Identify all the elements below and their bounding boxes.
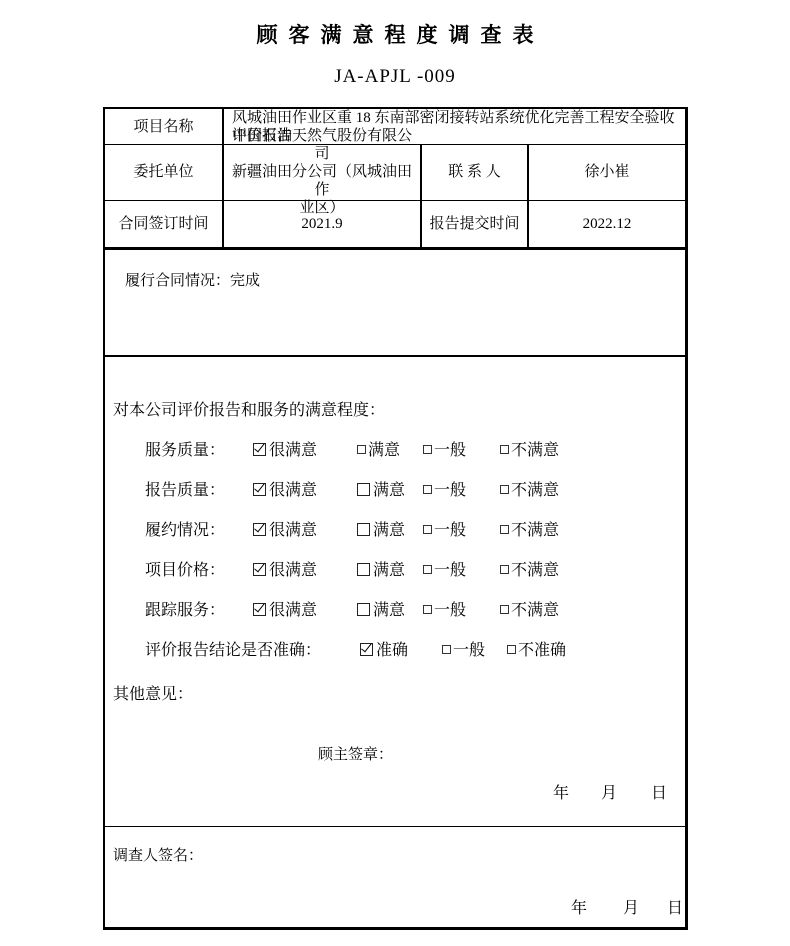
satisfaction-row-label: 履约情况： [145,521,225,541]
document-code: JA-APJL -009 [0,66,790,88]
report-date-value: 2022.12 [527,201,685,247]
check-icon [254,560,265,572]
satisfaction-option: 不满意 [500,481,559,501]
checkbox-icon[interactable] [357,483,370,496]
option-label: 很满意 [269,442,317,459]
option-label: 很满意 [269,522,317,539]
satisfaction-option: 一般 [423,481,466,501]
checkbox-icon[interactable] [500,565,509,574]
satisfaction-option: 不满意 [500,441,559,461]
checkbox-icon[interactable] [507,645,516,654]
checkbox-icon[interactable] [423,485,432,494]
checkbox-checked-icon[interactable] [253,563,266,576]
checkbox-icon[interactable] [423,525,432,534]
satisfaction-row-label: 服务质量： [145,441,225,461]
check-icon [254,480,265,492]
info-table: 项目名称 风城油田作业区重 18 东南部密闭接转站系统优化完善工程安全验收评价报… [103,107,688,930]
option-label: 一般 [434,482,466,499]
day-label: 日 [651,780,667,803]
checkbox-icon[interactable] [500,445,509,454]
option-label: 不满意 [511,522,559,539]
satisfaction-heading: 对本公司评价报告和服务的满意程度： [113,397,385,420]
surveyor-section: 调查人签名： 年 月 日 [105,827,685,927]
check-icon [254,600,265,612]
satisfaction-option: 不满意 [500,601,559,621]
client-value-line: 新疆油田分公司（风城油田作 [228,163,416,199]
satisfaction-row: 项目价格： 很满意满意一般不满意 [105,561,685,581]
satisfaction-option: 很满意 [253,441,317,461]
checkbox-icon[interactable] [357,523,370,536]
client-label: 委托单位 [105,145,222,200]
option-label: 满意 [373,562,405,579]
satisfaction-option: 一般 [423,441,466,461]
contract-date-label: 合同签订时间 [105,201,222,247]
checkbox-checked-icon[interactable] [253,443,266,456]
contract-performance-text: 履行合同情况：完成 [105,250,685,355]
contact-label: 联 系 人 [420,145,527,200]
checkbox-icon[interactable] [423,445,432,454]
satisfaction-option: 满意 [357,521,405,541]
year-label: 年 [571,895,587,918]
satisfaction-row: 跟踪服务： 很满意满意一般不满意 [105,601,685,621]
option-label: 满意 [373,602,405,619]
other-opinions-label: 其他意见： [113,681,193,704]
checkbox-icon[interactable] [357,563,370,576]
option-label: 很满意 [269,602,317,619]
satisfaction-option: 一般 [442,641,485,661]
satisfaction-option: 一般 [423,521,466,541]
check-icon [254,440,265,452]
satisfaction-option: 准确 [360,641,408,661]
satisfaction-row: 报告质量： 很满意满意一般不满意 [105,481,685,501]
satisfaction-option: 很满意 [253,521,317,541]
table-row-dates: 合同签订时间 2021.9 报告提交时间 2022.12 [105,201,685,250]
satisfaction-option: 一般 [423,561,466,581]
checkbox-icon[interactable] [500,525,509,534]
satisfaction-section: 对本公司评价报告和服务的满意程度： 服务质量： 很满意满意一般不满意 报告质量：… [105,357,685,827]
checkbox-checked-icon[interactable] [253,483,266,496]
surveyor-date-line: 年 月 日 [105,895,685,915]
satisfaction-option: 满意 [357,441,400,461]
option-label: 一般 [453,642,485,659]
page-title: 顾客满意程度调查表 [0,19,790,49]
checkbox-icon[interactable] [357,445,366,454]
checkbox-icon[interactable] [442,645,451,654]
report-date-label: 报告提交时间 [420,201,527,247]
checkbox-icon[interactable] [423,605,432,614]
customer-date-line: 年 月 日 [105,780,685,800]
month-label: 月 [623,895,639,918]
checkbox-icon[interactable] [500,605,509,614]
satisfaction-row: 履约情况： 很满意满意一般不满意 [105,521,685,541]
satisfaction-option: 满意 [357,601,405,621]
satisfaction-row: 评价报告结论是否准确： 准确一般不准确 [105,641,685,661]
satisfaction-option: 满意 [357,561,405,581]
checkbox-icon[interactable] [357,603,370,616]
check-icon [361,640,372,652]
table-row-client: 委托单位 中国石油天然气股份有限公司 新疆油田分公司（风城油田作 业区） 联 系… [105,145,685,201]
contact-value: 徐小崔 [527,145,685,200]
satisfaction-option: 很满意 [253,601,317,621]
option-label: 满意 [373,522,405,539]
option-label: 一般 [434,442,466,459]
checkbox-checked-icon[interactable] [360,643,373,656]
checkbox-checked-icon[interactable] [253,603,266,616]
option-label: 一般 [434,602,466,619]
option-label: 不满意 [511,442,559,459]
month-label: 月 [601,780,617,803]
option-label: 不准确 [518,642,566,659]
option-label: 满意 [373,482,405,499]
option-label: 很满意 [269,482,317,499]
contract-date-value: 2021.9 [222,201,420,247]
satisfaction-option: 一般 [423,601,466,621]
satisfaction-row: 服务质量： 很满意满意一般不满意 [105,441,685,461]
check-icon [254,520,265,532]
option-label: 很满意 [269,562,317,579]
client-value: 中国石油天然气股份有限公司 新疆油田分公司（风城油田作 业区） [222,145,420,200]
customer-signature-label: 顾主签章： [318,743,393,764]
satisfaction-option: 满意 [357,481,405,501]
year-label: 年 [553,780,569,803]
option-label: 准确 [376,642,408,659]
satisfaction-row-label: 报告质量： [145,481,225,501]
satisfaction-option: 很满意 [253,481,317,501]
table-row-performance: 履行合同情况：完成 [105,250,685,357]
survey-form-page: 顾客满意程度调查表 JA-APJL -009 项目名称 风城油田作业区重 18 … [0,0,790,946]
satisfaction-option: 很满意 [253,561,317,581]
option-label: 满意 [368,442,400,459]
checkbox-icon[interactable] [423,565,432,574]
option-label: 不满意 [511,482,559,499]
satisfaction-row-label: 项目价格： [145,561,225,581]
option-label: 一般 [434,522,466,539]
satisfaction-option: 不满意 [500,521,559,541]
satisfaction-row-label: 跟踪服务： [145,601,225,621]
satisfaction-option: 不满意 [500,561,559,581]
satisfaction-option: 不准确 [507,641,566,661]
client-value-line: 中国石油天然气股份有限公司 [228,127,416,163]
day-label: 日 [667,895,683,918]
checkbox-icon[interactable] [500,485,509,494]
option-label: 一般 [434,562,466,579]
checkbox-checked-icon[interactable] [253,523,266,536]
option-label: 不满意 [511,562,559,579]
option-label: 不满意 [511,602,559,619]
project-name-label: 项目名称 [105,109,222,144]
surveyor-signature-label: 调查人签名： [113,844,203,865]
satisfaction-row-label: 评价报告结论是否准确： [145,641,321,661]
